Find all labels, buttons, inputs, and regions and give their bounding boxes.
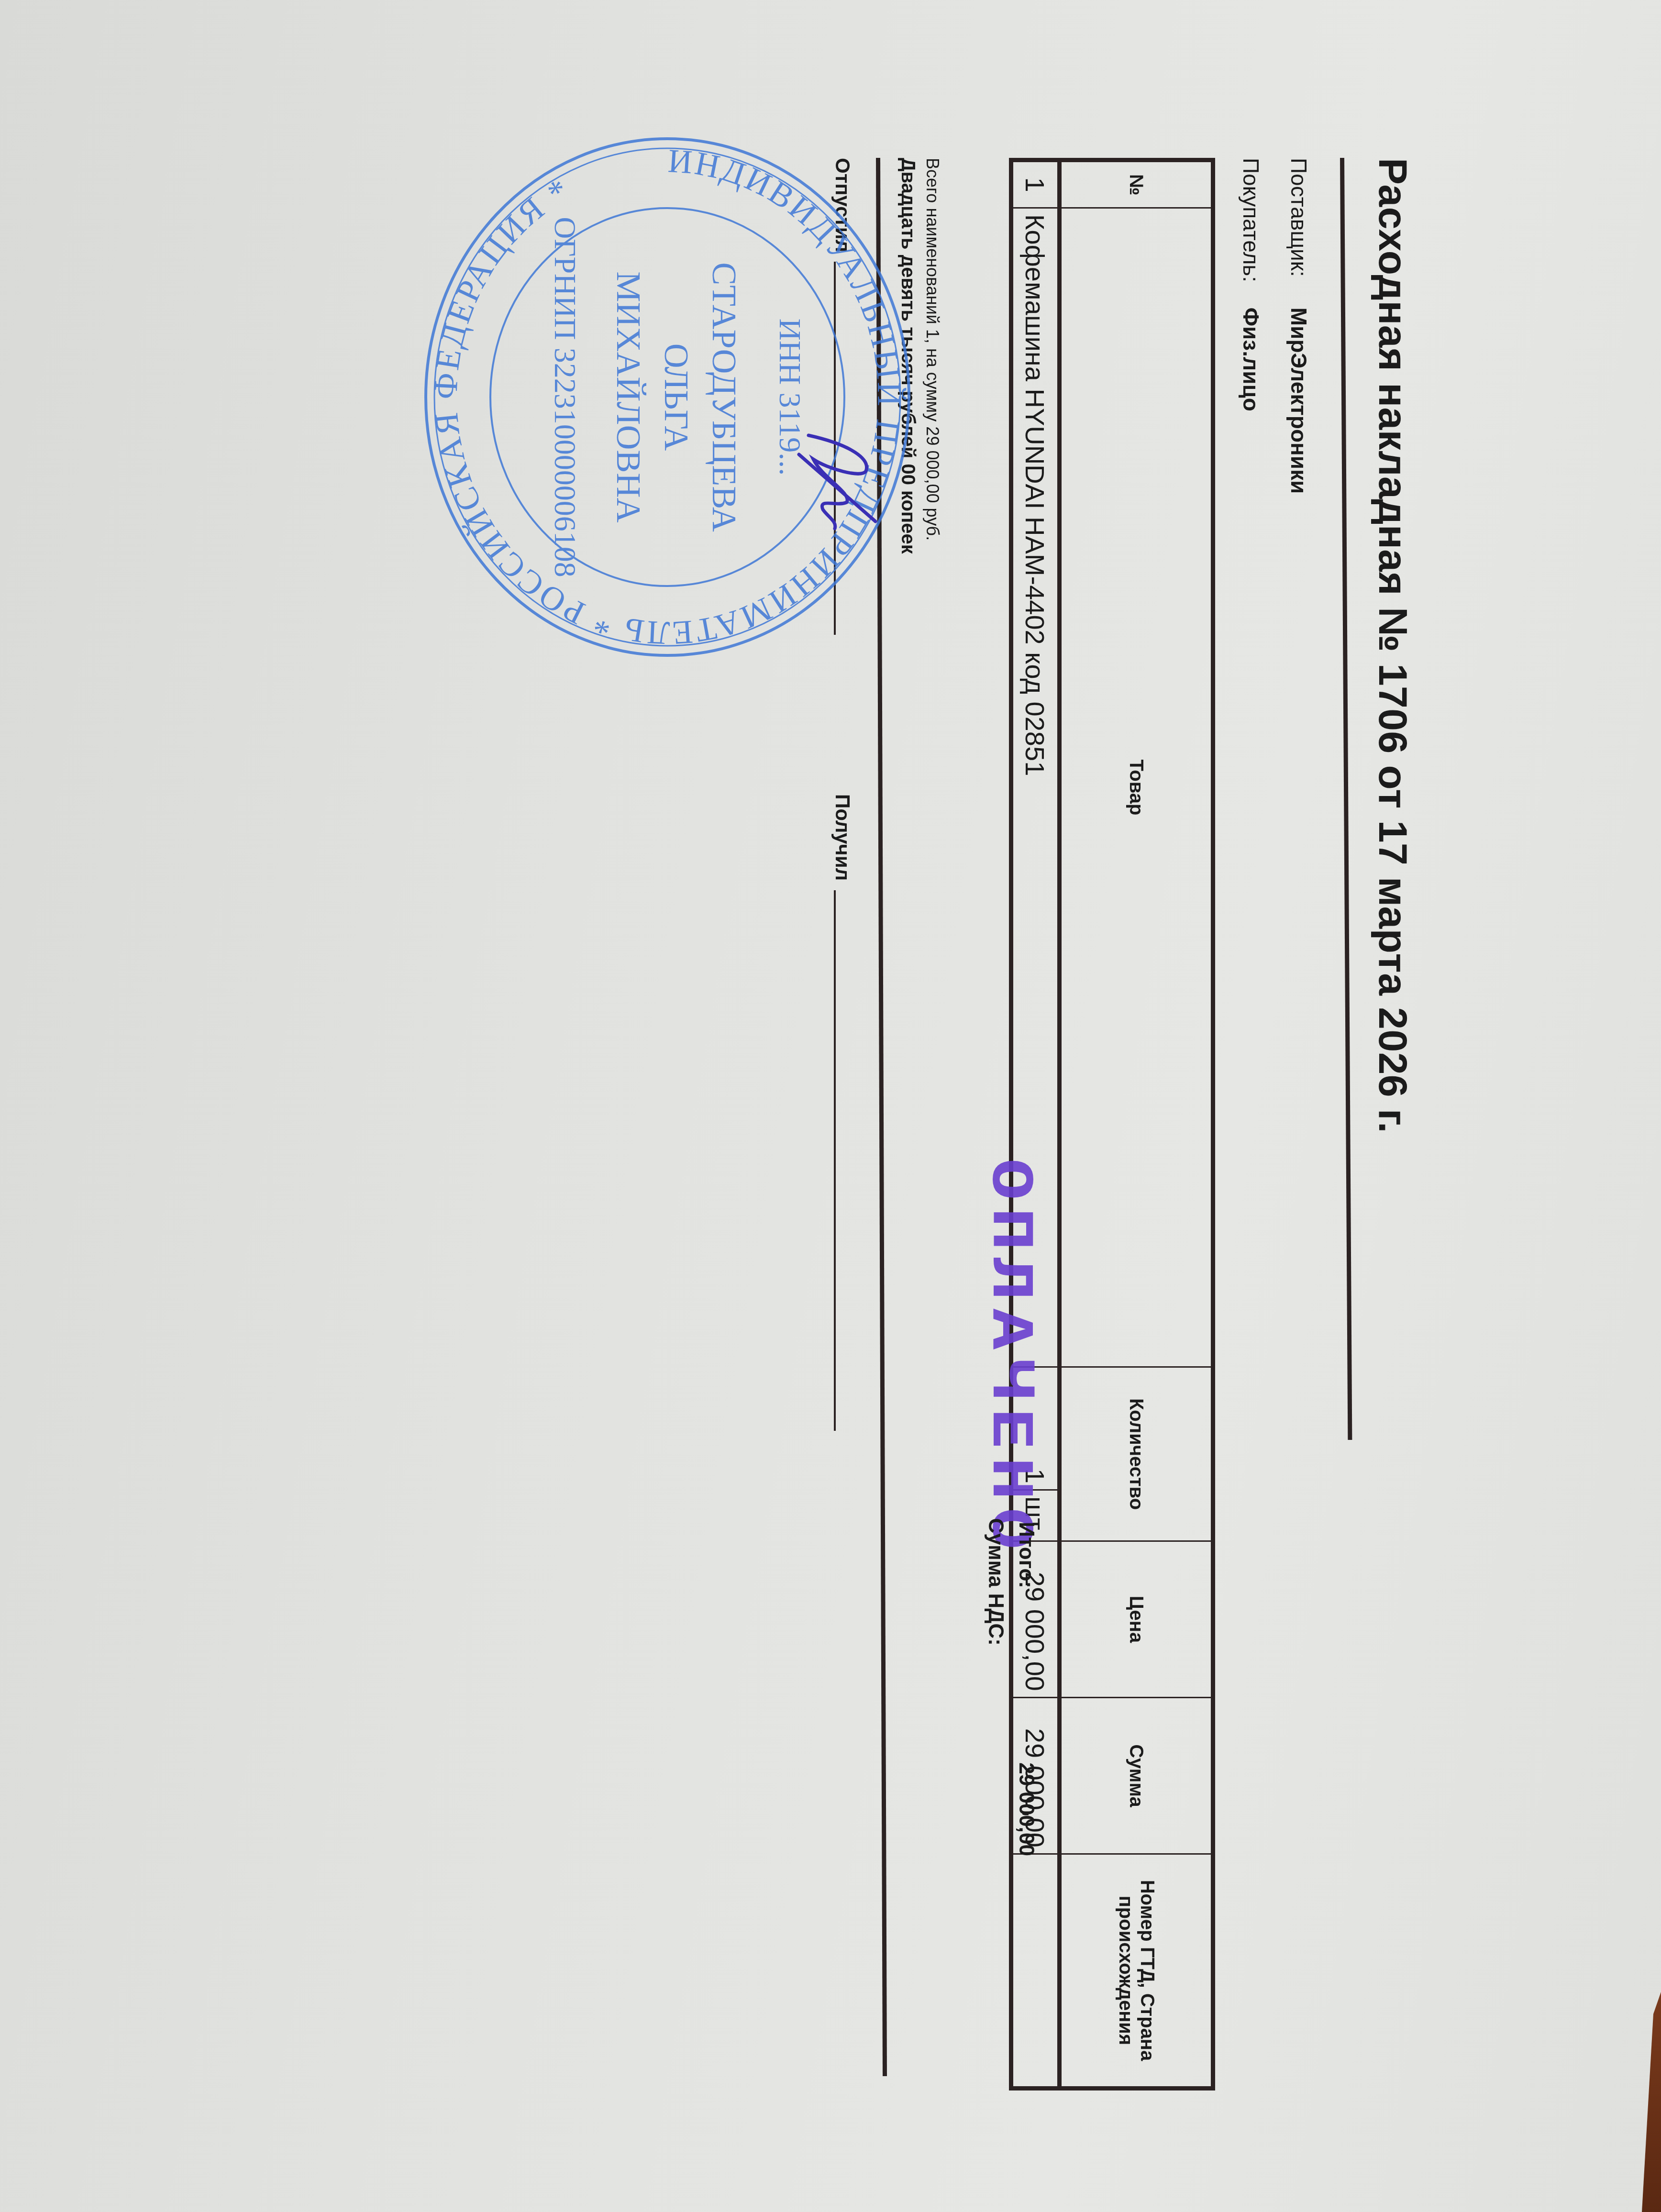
- invoice-document: Расходная накладная № 1706 от 17 марта 2…: [555, 158, 1416, 2119]
- received-signature-line: [834, 890, 836, 1431]
- totals-block: Итого: 29 000,00 Сумма НДС:: [977, 1512, 1038, 1913]
- col-header-gtd: Номер ГТД, Страна происхождения: [1060, 1854, 1213, 2089]
- released-label: Отпустил: [831, 158, 854, 252]
- buyer-label: Покупатель:: [1238, 158, 1264, 301]
- received-signature-field: Получил: [831, 794, 854, 1431]
- released-signature-field: Отпустил: [831, 158, 854, 635]
- summary-words-line: Двадцать девять тысяч рублей 00 копеек: [897, 158, 919, 554]
- title-divider: [1340, 158, 1352, 1440]
- table-header-row: № Товар Количество Цена Сумма Номер ГТД,…: [1060, 160, 1213, 2089]
- svg-text:СТАРОДУБЦЕВА: СТАРОДУБЦЕВА: [705, 262, 743, 532]
- vat-label: Сумма НДС:: [977, 1512, 1008, 1646]
- vat-row: Сумма НДС:: [977, 1512, 1008, 1913]
- col-header-no: №: [1060, 160, 1213, 208]
- paid-stamp: ОПЛАЧЕНО: [981, 1158, 1043, 1557]
- col-header-sum: Сумма: [1060, 1698, 1213, 1854]
- summary-count-line: Всего наименований 1, на сумму 29 000,00…: [922, 158, 942, 541]
- table-surface: [1642, 1992, 1661, 2212]
- col-header-item: Товар: [1060, 208, 1213, 1367]
- items-table: № Товар Количество Цена Сумма Номер ГТД,…: [1009, 158, 1215, 2090]
- col-header-quantity: Количество: [1060, 1367, 1213, 1541]
- total-label: Итого:: [1008, 1512, 1038, 1588]
- total-value: 29 000,00: [1008, 1588, 1038, 1856]
- vat-value: [977, 1646, 1008, 1913]
- received-label: Получил: [831, 794, 854, 881]
- cell-no: 1: [1011, 160, 1060, 208]
- supplier-label: Поставщик:: [1286, 158, 1312, 301]
- supplier-row: Поставщик: МирЭлектроники: [1286, 158, 1312, 494]
- svg-text:ОГРНИП 322310000006108: ОГРНИП 322310000006108: [548, 217, 582, 577]
- total-row: Итого: 29 000,00: [1008, 1512, 1038, 1913]
- col-header-price: Цена: [1060, 1541, 1213, 1698]
- svg-text:ОЛЬГА: ОЛЬГА: [657, 343, 696, 451]
- svg-text:МИХАЙЛОВНА: МИХАЙЛОВНА: [609, 272, 648, 523]
- document-title: Расходная накладная № 1706 от 17 марта 2…: [1370, 158, 1416, 1133]
- supplier-value: МирЭлектроники: [1286, 308, 1311, 494]
- handwritten-signature: [794, 426, 880, 536]
- buyer-value: Физ.лицо: [1239, 308, 1263, 411]
- buyer-row: Покупатель: Физ.лицо: [1238, 158, 1264, 411]
